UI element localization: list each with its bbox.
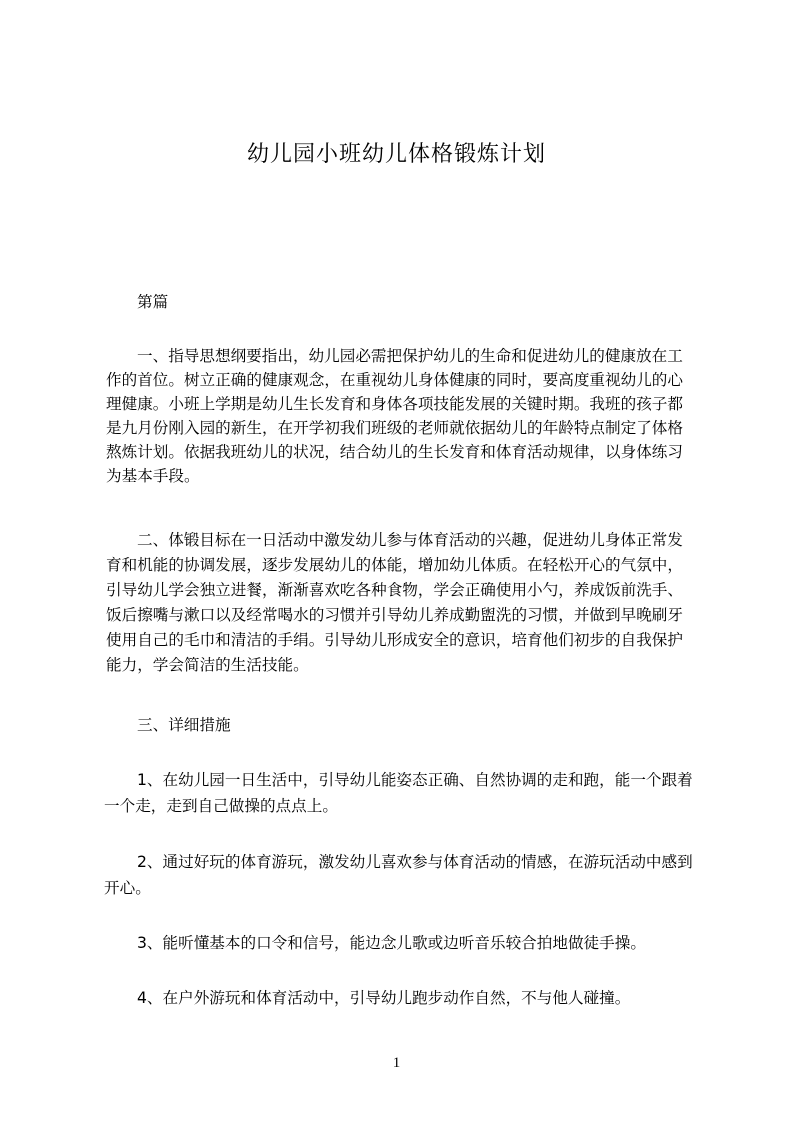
paragraph-line: 理健康。小班上学期是幼儿生长发育和身体各项技能发展的关键时期。我班的孩子都	[106, 394, 683, 414]
paragraph-line: 饭后擦嘴与漱口以及经常喝水的习惯并引导幼儿养成勤盥洗的习惯，并做到早晚刷牙	[106, 605, 683, 625]
page-number: 1	[0, 1055, 793, 1072]
paragraph-line: 熬炼计划。依据我班幼儿的状况，结合幼儿的生长发育和体育活动规律，以身体练习	[106, 442, 683, 462]
paragraph-line: 育和机能的协调发展，逐步发展幼儿的体能，增加幼儿体质。在轻松开心的气氛中，	[106, 555, 683, 575]
paragraph-line: 二、体锻目标在一日活动中激发幼儿参与体育活动的兴趣，促进幼儿身体正常发	[137, 530, 683, 550]
section-label: 第篇	[137, 292, 168, 312]
paragraph-line: 开心。	[104, 878, 151, 898]
paragraph-line: 作的首位。树立正确的健康观念，在重视幼儿身体健康的同时，要高度重视幼儿的心	[106, 370, 683, 390]
paragraph-line: 1、在幼儿园一日生活中，引导幼儿能姿态正确、自然协调的走和跑，能一个跟着	[137, 770, 693, 790]
paragraph-line: 为基本手段。	[106, 466, 200, 486]
paragraph-line: 是九月份刚入园的新生，在开学初我们班级的老师就依据幼儿的年龄特点制定了体格	[106, 418, 683, 438]
paragraph-line: 使用自己的毛巾和清洁的手绢。引导幼儿形成安全的意识，培育他们初步的自我保护	[106, 630, 683, 650]
paragraph-line: 引导幼儿学会独立进餐，渐渐喜欢吃各种食物，学会正确使用小勺，养成饭前洗手、	[106, 580, 683, 600]
document-page: 幼儿园小班幼儿体格锻炼计划 第篇 一、指导思想纲要指出，幼儿园必需把保护幼儿的生…	[0, 0, 793, 1122]
paragraph-line: 一、指导思想纲要指出，幼儿园必需把保护幼儿的生命和促进幼儿的健康放在工	[137, 346, 683, 366]
paragraph-line: 一个走，走到自己做操的点点上。	[104, 796, 338, 816]
section-heading-measures: 三、详细措施	[137, 715, 231, 735]
document-title: 幼儿园小班幼儿体格锻炼计划	[0, 140, 793, 170]
paragraph-line: 2、通过好玩的体育游玩，激发幼儿喜欢参与体育活动的情感，在游玩活动中感到	[137, 852, 693, 872]
measure-item-3: 3、能听懂基本的口令和信号，能边念儿歌或边听音乐较合拍地做徒手操。	[137, 933, 646, 953]
paragraph-line: 能力，学会简洁的生活技能。	[106, 655, 309, 675]
measure-item-4: 4、在户外游玩和体育活动中，引导幼儿跑步动作自然，不与他人碰撞。	[137, 988, 630, 1008]
